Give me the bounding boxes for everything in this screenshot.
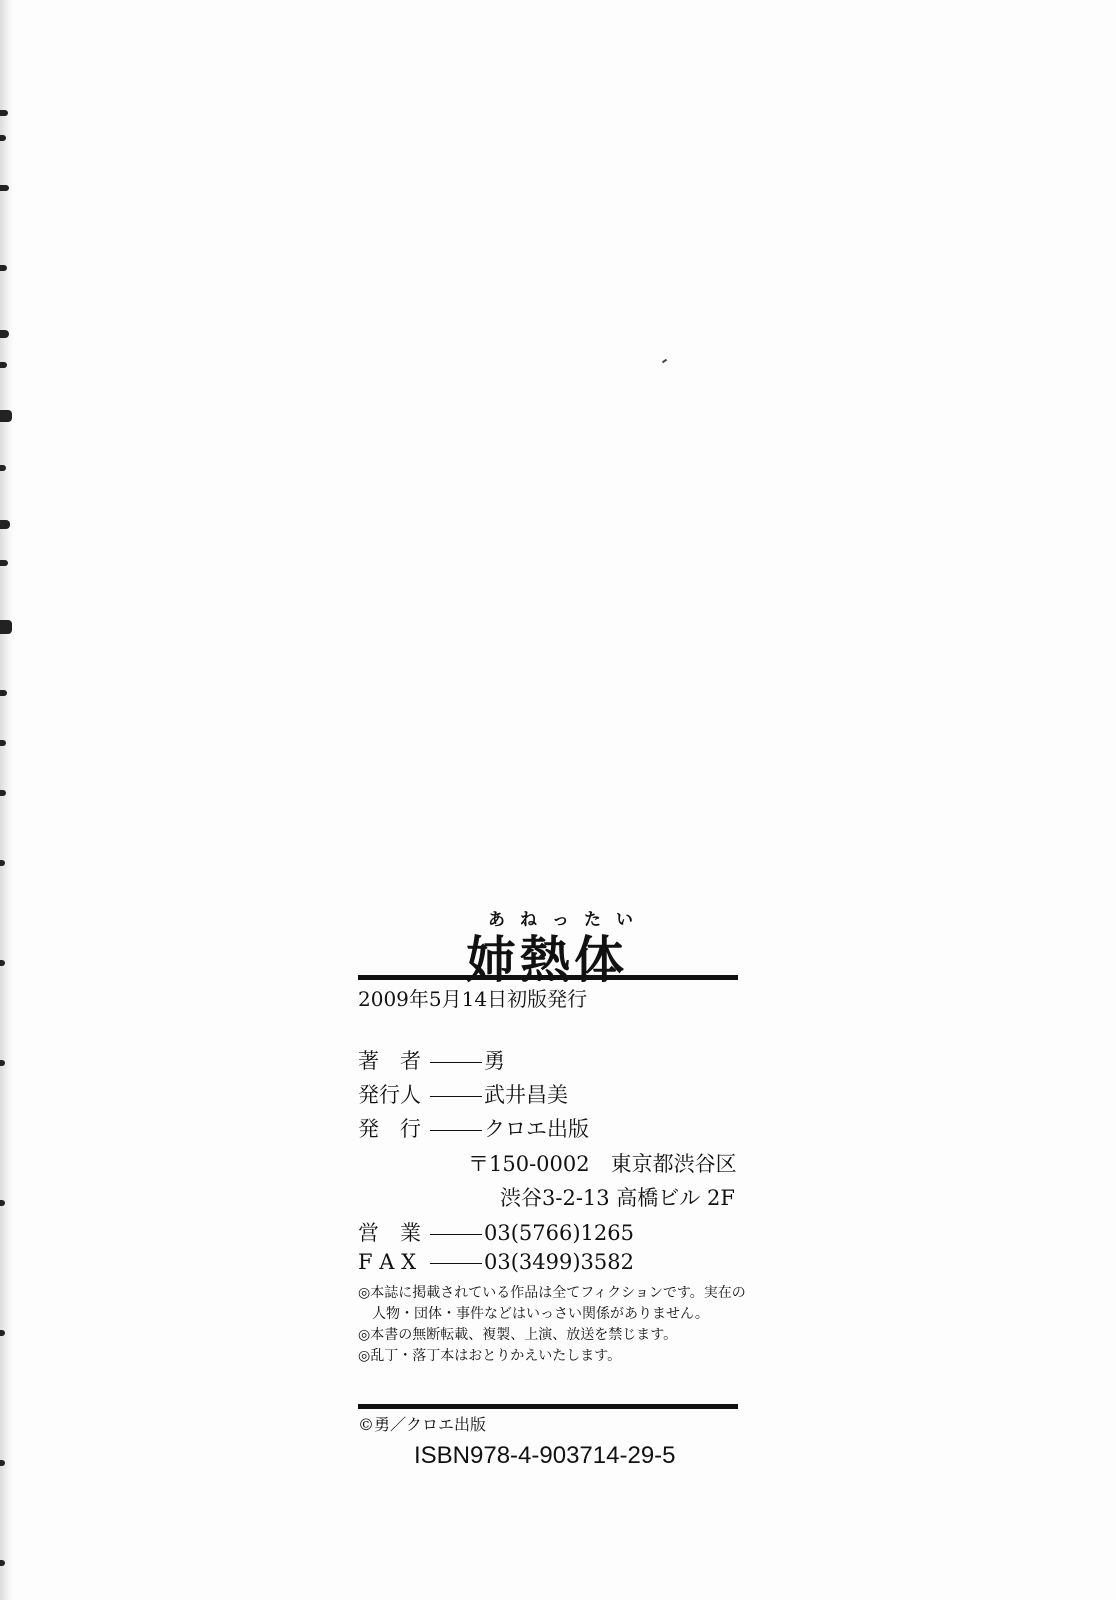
- edge-mark: [0, 1060, 5, 1066]
- edge-mark: [0, 960, 5, 966]
- edge-mark: [0, 520, 10, 529]
- edge-mark: [0, 1330, 5, 1336]
- credit-publisher-person: 発行人武井昌美: [358, 1079, 568, 1109]
- credit-author: 著 者勇: [358, 1045, 505, 1075]
- credit-label: 発 行: [358, 1113, 430, 1143]
- contact-value: 03(5766)1265: [484, 1221, 634, 1245]
- copyright-notice: ©勇／クロエ出版: [358, 1412, 486, 1435]
- credit-value: 武井昌美: [484, 1083, 568, 1107]
- edge-mark: [0, 362, 7, 368]
- isbn-number: ISBN978-4-903714-29-5: [414, 1442, 676, 1470]
- legal-notes: ◎本誌に掲載されている作品は全てフィクションです。実在の 人物・団体・事件などは…: [358, 1283, 746, 1367]
- edge-mark: [0, 465, 6, 471]
- top-divider: [358, 975, 738, 980]
- edge-mark: [0, 790, 6, 796]
- colophon-page: あねったい 姉熱体 2009年5月14日初版発行 著 者勇 発行人武井昌美 発 …: [0, 0, 1116, 1600]
- contact-fax: F A X03(3499)3582: [358, 1250, 634, 1274]
- leader-dash: [430, 1263, 482, 1264]
- contact-label: F A X: [358, 1250, 430, 1274]
- credit-label: 発行人: [358, 1079, 430, 1109]
- credit-value: クロエ出版: [484, 1117, 589, 1141]
- edge-mark: [0, 740, 6, 746]
- edge-mark: [0, 135, 6, 141]
- leader-dash: [430, 1096, 482, 1097]
- bottom-divider: [358, 1404, 738, 1409]
- contact-sales: 営 業03(5766)1265: [358, 1217, 634, 1247]
- edge-mark: [0, 1200, 5, 1206]
- edge-mark: [0, 860, 5, 866]
- credit-value: 勇: [484, 1049, 505, 1073]
- note-defects: ◎乱丁・落丁本はおとりかえいたします。: [358, 1346, 746, 1367]
- edge-mark: [0, 1560, 5, 1566]
- edge-mark: [0, 265, 7, 271]
- edge-mark: [0, 330, 9, 338]
- edge-mark: [0, 110, 8, 116]
- edge-mark: [0, 185, 9, 191]
- leader-dash: [430, 1062, 482, 1063]
- scan-speck: [662, 359, 667, 364]
- contact-label: 営 業: [358, 1217, 430, 1247]
- credit-publisher: 発 行クロエ出版: [358, 1113, 589, 1143]
- leader-dash: [430, 1130, 482, 1131]
- edge-mark: [0, 620, 12, 634]
- edge-mark: [0, 410, 12, 422]
- edge-mark: [0, 1460, 5, 1466]
- contact-value: 03(3499)3582: [484, 1250, 634, 1274]
- edge-mark: [0, 560, 8, 566]
- note-fiction: ◎本誌に掲載されている作品は全てフィクションです。実在の: [358, 1283, 746, 1304]
- edge-mark: [0, 690, 7, 696]
- credit-label: 著 者: [358, 1045, 430, 1075]
- note-fiction-cont: 人物・団体・事件などはいっさい関係がありません。: [358, 1304, 746, 1325]
- scan-binding-edge: [0, 0, 14, 1600]
- leader-dash: [430, 1234, 482, 1235]
- address-line-1: 〒150-0002 東京都渋谷区: [468, 1148, 737, 1178]
- note-reproduction: ◎本書の無断転載、複製、上演、放送を禁じます。: [358, 1325, 746, 1346]
- address-line-2: 渋谷3-2-13 高橋ビル 2F: [500, 1182, 735, 1212]
- first-edition-date: 2009年5月14日初版発行: [358, 983, 587, 1012]
- book-title: 姉熱体: [466, 920, 628, 992]
